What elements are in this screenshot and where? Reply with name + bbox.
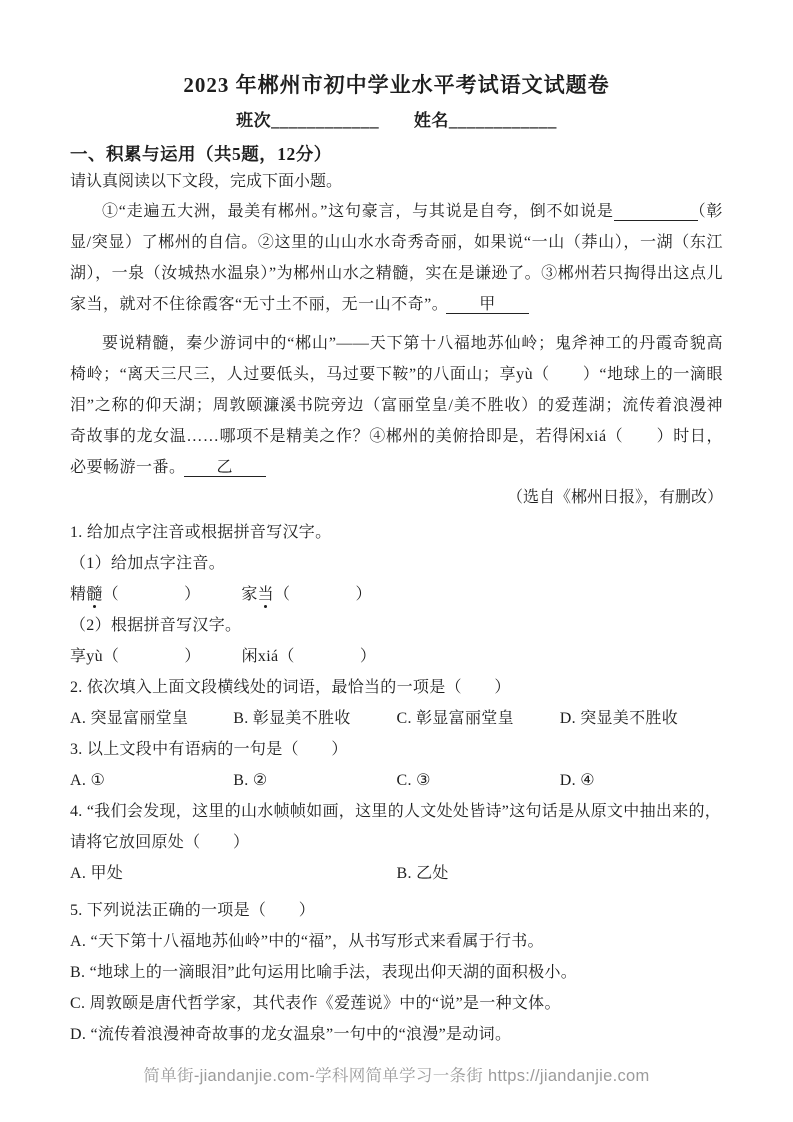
question-1-stem: 1. 给加点字注音或根据拼音写汉字。	[70, 517, 723, 548]
question-1-sub2: （2）根据拼音写汉字。	[70, 610, 723, 641]
student-fields: 班次____________ 姓名____________	[70, 110, 723, 132]
question-5-option-d: D. “流传着浪漫神奇故事的龙女温泉”一句中的“浪漫”是动词。	[70, 1019, 723, 1050]
question-2: 2. 依次填入上面文段横线处的词语，最恰当的一项是（ ） A. 突显富丽堂皇 B…	[70, 672, 723, 734]
question-2-option-c: C. 彰显富丽堂皇	[397, 703, 560, 734]
question-5-option-a: A. “天下第十八福地苏仙岭”中的“福”，从书写形式来看属于行书。	[70, 926, 723, 957]
question-3-option-d: D. ④	[560, 765, 723, 796]
question-4-stem: 4. “我们会发现，这里的山水帧帧如画，这里的人文处处皆诗”这句话是从原文中抽出…	[70, 796, 723, 858]
question-4: 4. “我们会发现，这里的山水帧帧如画，这里的人文处处皆诗”这句话是从原文中抽出…	[70, 796, 723, 889]
paper-title: 2023 年郴州市初中学业水平考试语文试题卷	[70, 72, 723, 98]
passage-source: （选自《郴州日报》，有删改）	[70, 483, 723, 513]
question-5: 5. 下列说法正确的一项是（ ） A. “天下第十八福地苏仙岭”中的“福”，从书…	[70, 895, 723, 1050]
question-3-option-b: B. ②	[233, 765, 396, 796]
question-3: 3. 以上文段中有语病的一句是（ ） A. ① B. ② C. ③ D. ④	[70, 734, 723, 796]
question-2-option-b: B. 彰显美不胜收	[233, 703, 396, 734]
name-field: 姓名____________	[414, 111, 557, 130]
question-4-option-b: B. 乙处	[397, 858, 724, 889]
question-1: 1. 给加点字注音或根据拼音写汉字。 （1）给加点字注音。 精髓（ ） 家当（ …	[70, 517, 723, 672]
question-2-option-a: A. 突显富丽堂皇	[70, 703, 233, 734]
section-heading: 一、积累与运用（共5题，12分）	[70, 142, 723, 166]
question-2-options: A. 突显富丽堂皇 B. 彰显美不胜收 C. 彰显富丽堂皇 D. 突显美不胜收	[70, 703, 723, 734]
class-field: 班次____________	[236, 111, 379, 130]
question-1-row2: 享yù（ ） 闲xiá（ ）	[70, 641, 723, 672]
passage-intro: 请认真阅读以下文段，完成下面小题。	[70, 171, 723, 193]
question-3-option-a: A. ①	[70, 765, 233, 796]
question-5-option-c: C. 周敦颐是唐代哲学家，其代表作《爱莲说》中的“说”是一种文体。	[70, 988, 723, 1019]
question-3-options: A. ① B. ② C. ③ D. ④	[70, 765, 723, 796]
question-4-option-a: A. 甲处	[70, 858, 397, 889]
question-3-option-c: C. ③	[397, 765, 560, 796]
question-2-stem: 2. 依次填入上面文段横线处的词语，最恰当的一项是（ ）	[70, 672, 723, 703]
passage-paragraph-1: ①“走遍五大洲，最美有郴州。”这句豪言，与其说是自夸，倒不如说是 （彰显/突显）…	[70, 196, 723, 320]
question-5-stem: 5. 下列说法正确的一项是（ ）	[70, 895, 723, 926]
passage-paragraph-2: 要说精髓，秦少游词中的“郴山”——天下第十八福地苏仙岭；鬼斧神工的丹霞奇貌高椅岭…	[70, 328, 723, 483]
exam-paper-page: 2023 年郴州市初中学业水平考试语文试题卷 班次____________ 姓名…	[0, 0, 793, 1050]
question-5-option-b: B. “地球上的一滴眼泪”此句运用比喻手法，表现出仰天湖的面积极小。	[70, 957, 723, 988]
question-1-sub1: （1）给加点字注音。	[70, 548, 723, 579]
question-4-options: A. 甲处 B. 乙处	[70, 858, 723, 889]
question-2-option-d: D. 突显美不胜收	[560, 703, 723, 734]
question-1-row1: 精髓（ ） 家当（ ）	[70, 579, 723, 610]
questions-block: 1. 给加点字注音或根据拼音写汉字。 （1）给加点字注音。 精髓（ ） 家当（ …	[70, 517, 723, 1050]
footer-watermark: 简单街-jiandanjie.com-学科网简单学习一条街 https://ji…	[0, 1062, 793, 1086]
question-3-stem: 3. 以上文段中有语病的一句是（ ）	[70, 734, 723, 765]
